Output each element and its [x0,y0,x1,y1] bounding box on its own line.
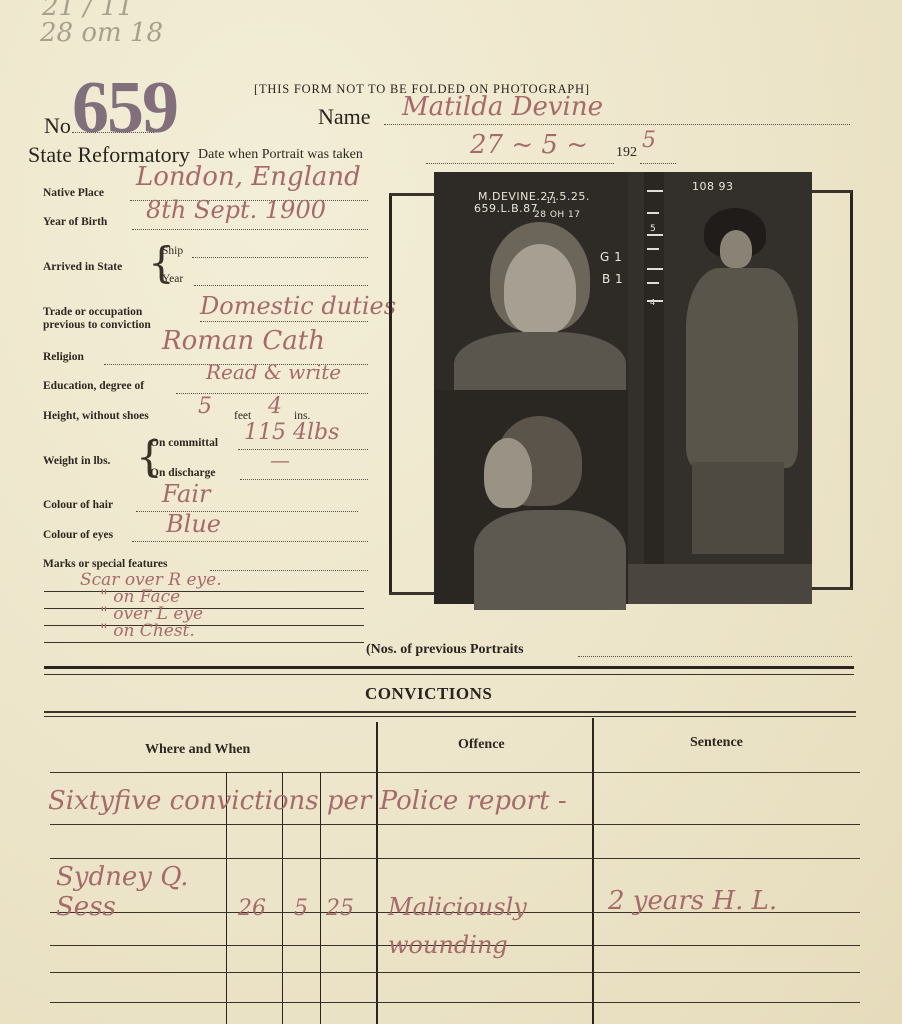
committal-value: 115 4lbs [244,420,339,445]
conviction-sentence: 2 years H. L. [608,886,777,916]
committal-label: On committal [150,437,218,449]
education-label: Education, degree of [43,380,144,392]
full-length-portrait [628,172,812,604]
ship-label: Ship [162,245,183,257]
photo-caption-line2: 659.L.B.87 [474,202,538,215]
year-of-birth-value: 8th Sept. 1900 [146,196,326,224]
native-place-label: Native Place [43,187,104,199]
conviction-where: Sydney Q. Sess [56,862,226,922]
eyes-value: Blue [166,510,221,538]
religion-value: Roman Cath [162,326,325,356]
record-number-stamp: 659 [72,66,177,151]
mugshot-photograph: M.DEVINE.27.5.25. 659.L.B.87 11 28 OH 17… [434,172,812,604]
number-label: No [44,113,71,139]
previous-portraits-label: (Nos. of previous Portraits [366,642,524,658]
column-header-offence: Offence [458,737,505,753]
trade-label-line2: previous to conviction [43,319,151,331]
arrived-label: Arrived in State [43,261,122,273]
name-value: Matilda Devine [402,92,603,122]
native-place-value: London, England [136,162,361,192]
profile-portrait [434,390,628,604]
weight-label: Weight in lbs. [43,455,110,467]
column-header-sentence: Sentence [690,735,743,751]
year-of-birth-label: Year of Birth [43,216,107,228]
height-label: Height, without shoes [43,410,149,422]
discharge-label: On discharge [150,467,216,479]
hair-value: Fair [162,480,210,508]
portrait-date-value: 27 ~ 5 ~ [470,130,588,160]
height-inches-value: 4 [268,394,282,419]
education-value: Read & write [206,360,341,384]
conviction-offence: Maliciously wounding [388,888,588,964]
religion-label: Religion [43,351,84,363]
arrival-year-label: Year [162,273,183,285]
year-suffix: 5 [642,128,656,153]
column-header-where-and-when: Where and When [145,742,250,758]
marks-line-4: " on Chest. [100,621,195,641]
year-prefix: 192 [616,145,637,161]
photo-marker-b: B 1 [602,272,623,286]
scale-mark-5: 5 [650,224,656,234]
trade-label-line1: Trade or occupation [43,306,142,318]
conviction-summary: Sixtyfive convictions per Police report … [48,786,567,816]
marks-label: Marks or special features [43,558,167,570]
conviction-year: 25 [326,896,354,921]
photo-marker-g: G 1 [600,250,622,264]
convictions-title: CONVICTIONS [365,684,492,704]
trade-value: Domestic duties [200,292,396,320]
photo-caption-line3: 11 [546,196,557,205]
hair-label: Colour of hair [43,499,113,511]
portrait-date-label: Date when Portrait was taken [198,147,363,163]
conviction-month: 5 [294,896,308,921]
standing-number: 108 93 [692,180,734,193]
photo-caption-line4: 28 OH 17 [534,210,580,220]
pencil-note-bottom: 28 om 18 [40,18,163,48]
height-feet-value: 5 [198,394,212,419]
name-label: Name [318,104,371,130]
eyes-label: Colour of eyes [43,529,113,541]
discharge-value: — [270,448,290,472]
conviction-day: 26 [238,896,266,921]
